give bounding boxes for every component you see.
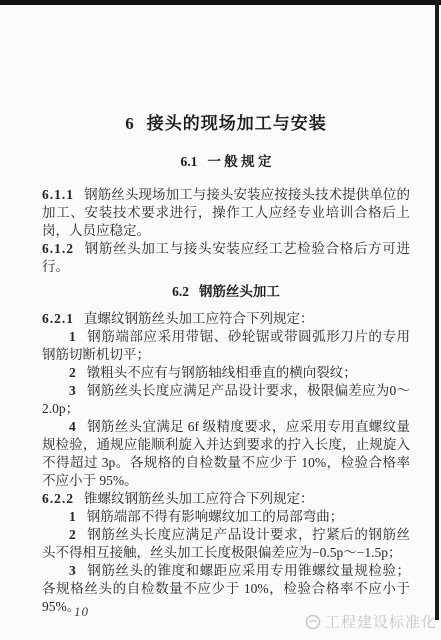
watermark: 工程建设标准化 — [305, 611, 437, 632]
page-right-border — [435, 0, 439, 620]
clause-6-2-2: 6.2.2锥螺纹钢筋丝头加工应符合下列规定： — [42, 490, 410, 508]
item-6-2-1-3: 3钢筋丝头长度应满足产品设计要求，极限偏差应为0～2.0p； — [42, 382, 410, 418]
section-heading-6-2: 6.2钢筋丝头加工 — [42, 282, 410, 302]
clause-text: 锥螺纹钢筋丝头加工应符合下列规定： — [84, 491, 314, 506]
section-number: 6.2 — [172, 284, 189, 299]
clause-6-2-1: 6.2.1直螺纹钢筋丝头加工应符合下列规定： — [42, 310, 410, 328]
item-number: 1 — [69, 329, 77, 344]
section-heading-6-1: 6.1一 般 规 定 — [42, 152, 410, 172]
document-page: 6接头的现场加工与安装 6.1一 般 规 定 6.1.1钢筋丝头现场加工与接头安… — [0, 0, 441, 640]
page-content: 6接头的现场加工与安装 6.1一 般 规 定 6.1.1钢筋丝头现场加工与接头安… — [42, 112, 410, 616]
item-6-2-2-3: 3钢筋丝头的锥度和螺距应采用专用锥螺纹量规检验；各规格丝头的自检数量不应少于 1… — [42, 562, 410, 616]
clause-number: 6.1.1 — [42, 187, 74, 202]
item-number: 3 — [69, 383, 77, 398]
item-number: 1 — [69, 509, 77, 524]
item-number: 2 — [69, 527, 77, 542]
page-number: 10 — [74, 604, 89, 620]
chapter-heading: 6接头的现场加工与安装 — [42, 112, 410, 136]
item-6-2-2-2: 2钢筋丝头长度应满足产品设计要求，拧紧后的钢筋丝头不得相互接触，丝头加工长度极限… — [42, 526, 410, 562]
clause-text: 钢筋丝头现场加工与接头安装应按接头技术提供单位的加工、安装技术要求进行，操作工人… — [42, 187, 410, 238]
clause-text: 钢筋丝头加工与接头安装应经工艺检验合格后方可进行。 — [42, 241, 410, 274]
chapter-title: 接头的现场加工与安装 — [147, 114, 327, 133]
item-text: 钢筋丝头长度应满足产品设计要求，拧紧后的钢筋丝头不得相互接触，丝头加工长度极限偏… — [42, 527, 410, 560]
item-number: 4 — [69, 419, 77, 434]
item-text: 钢筋端部应采用带锯、砂轮锯或带圆弧形刀片的专用钢筋切断机切平； — [42, 329, 410, 362]
clause-number: 6.2.2 — [42, 491, 74, 506]
item-6-2-2-1: 1钢筋端部不得有影响螺纹加工的局部弯曲； — [42, 508, 410, 526]
item-number: 2 — [69, 365, 77, 380]
item-number: 3 — [69, 563, 77, 578]
item-6-2-1-2: 2镦粗头不应有与钢筋轴线相垂直的横向裂纹； — [42, 364, 410, 382]
item-text: 钢筋端部不得有影响螺纹加工的局部弯曲； — [87, 509, 344, 524]
item-6-2-1-4: 4钢筋丝头宜满足 6f 级精度要求，应采用专用直螺纹量规检验，通规应能顺利旋入并… — [42, 418, 410, 490]
item-text: 钢筋丝头宜满足 6f 级精度要求，应采用专用直螺纹量规检验，通规应能顺利旋入并达… — [42, 419, 410, 488]
watermark-logo-icon — [305, 614, 321, 630]
clause-number: 6.2.1 — [42, 311, 74, 326]
clause-text: 直螺纹钢筋丝头加工应符合下列规定： — [84, 311, 314, 326]
item-text: 钢筋丝头的锥度和螺距应采用专用锥螺纹量规检验；各规格丝头的自检数量不应少于 10… — [42, 563, 410, 614]
item-6-2-1-1: 1钢筋端部应采用带锯、砂轮锯或带圆弧形刀片的专用钢筋切断机切平； — [42, 328, 410, 364]
clause-6-1-1: 6.1.1钢筋丝头现场加工与接头安装应按接头技术提供单位的加工、安装技术要求进行… — [42, 186, 410, 240]
chapter-number: 6 — [125, 114, 135, 133]
clause-number: 6.1.2 — [42, 241, 74, 256]
clause-6-1-2: 6.1.2钢筋丝头加工与接头安装应经工艺检验合格后方可进行。 — [42, 240, 410, 276]
section-number: 6.1 — [181, 154, 198, 169]
item-text: 钢筋丝头长度应满足产品设计要求，极限偏差应为0～2.0p； — [42, 383, 410, 416]
page-top-border — [0, 0, 441, 5]
section-title: 一 般 规 定 — [207, 154, 271, 169]
item-text: 镦粗头不应有与钢筋轴线相垂直的横向裂纹； — [87, 365, 357, 380]
watermark-text: 工程建设标准化 — [325, 611, 437, 632]
section-title: 钢筋丝头加工 — [199, 284, 280, 299]
